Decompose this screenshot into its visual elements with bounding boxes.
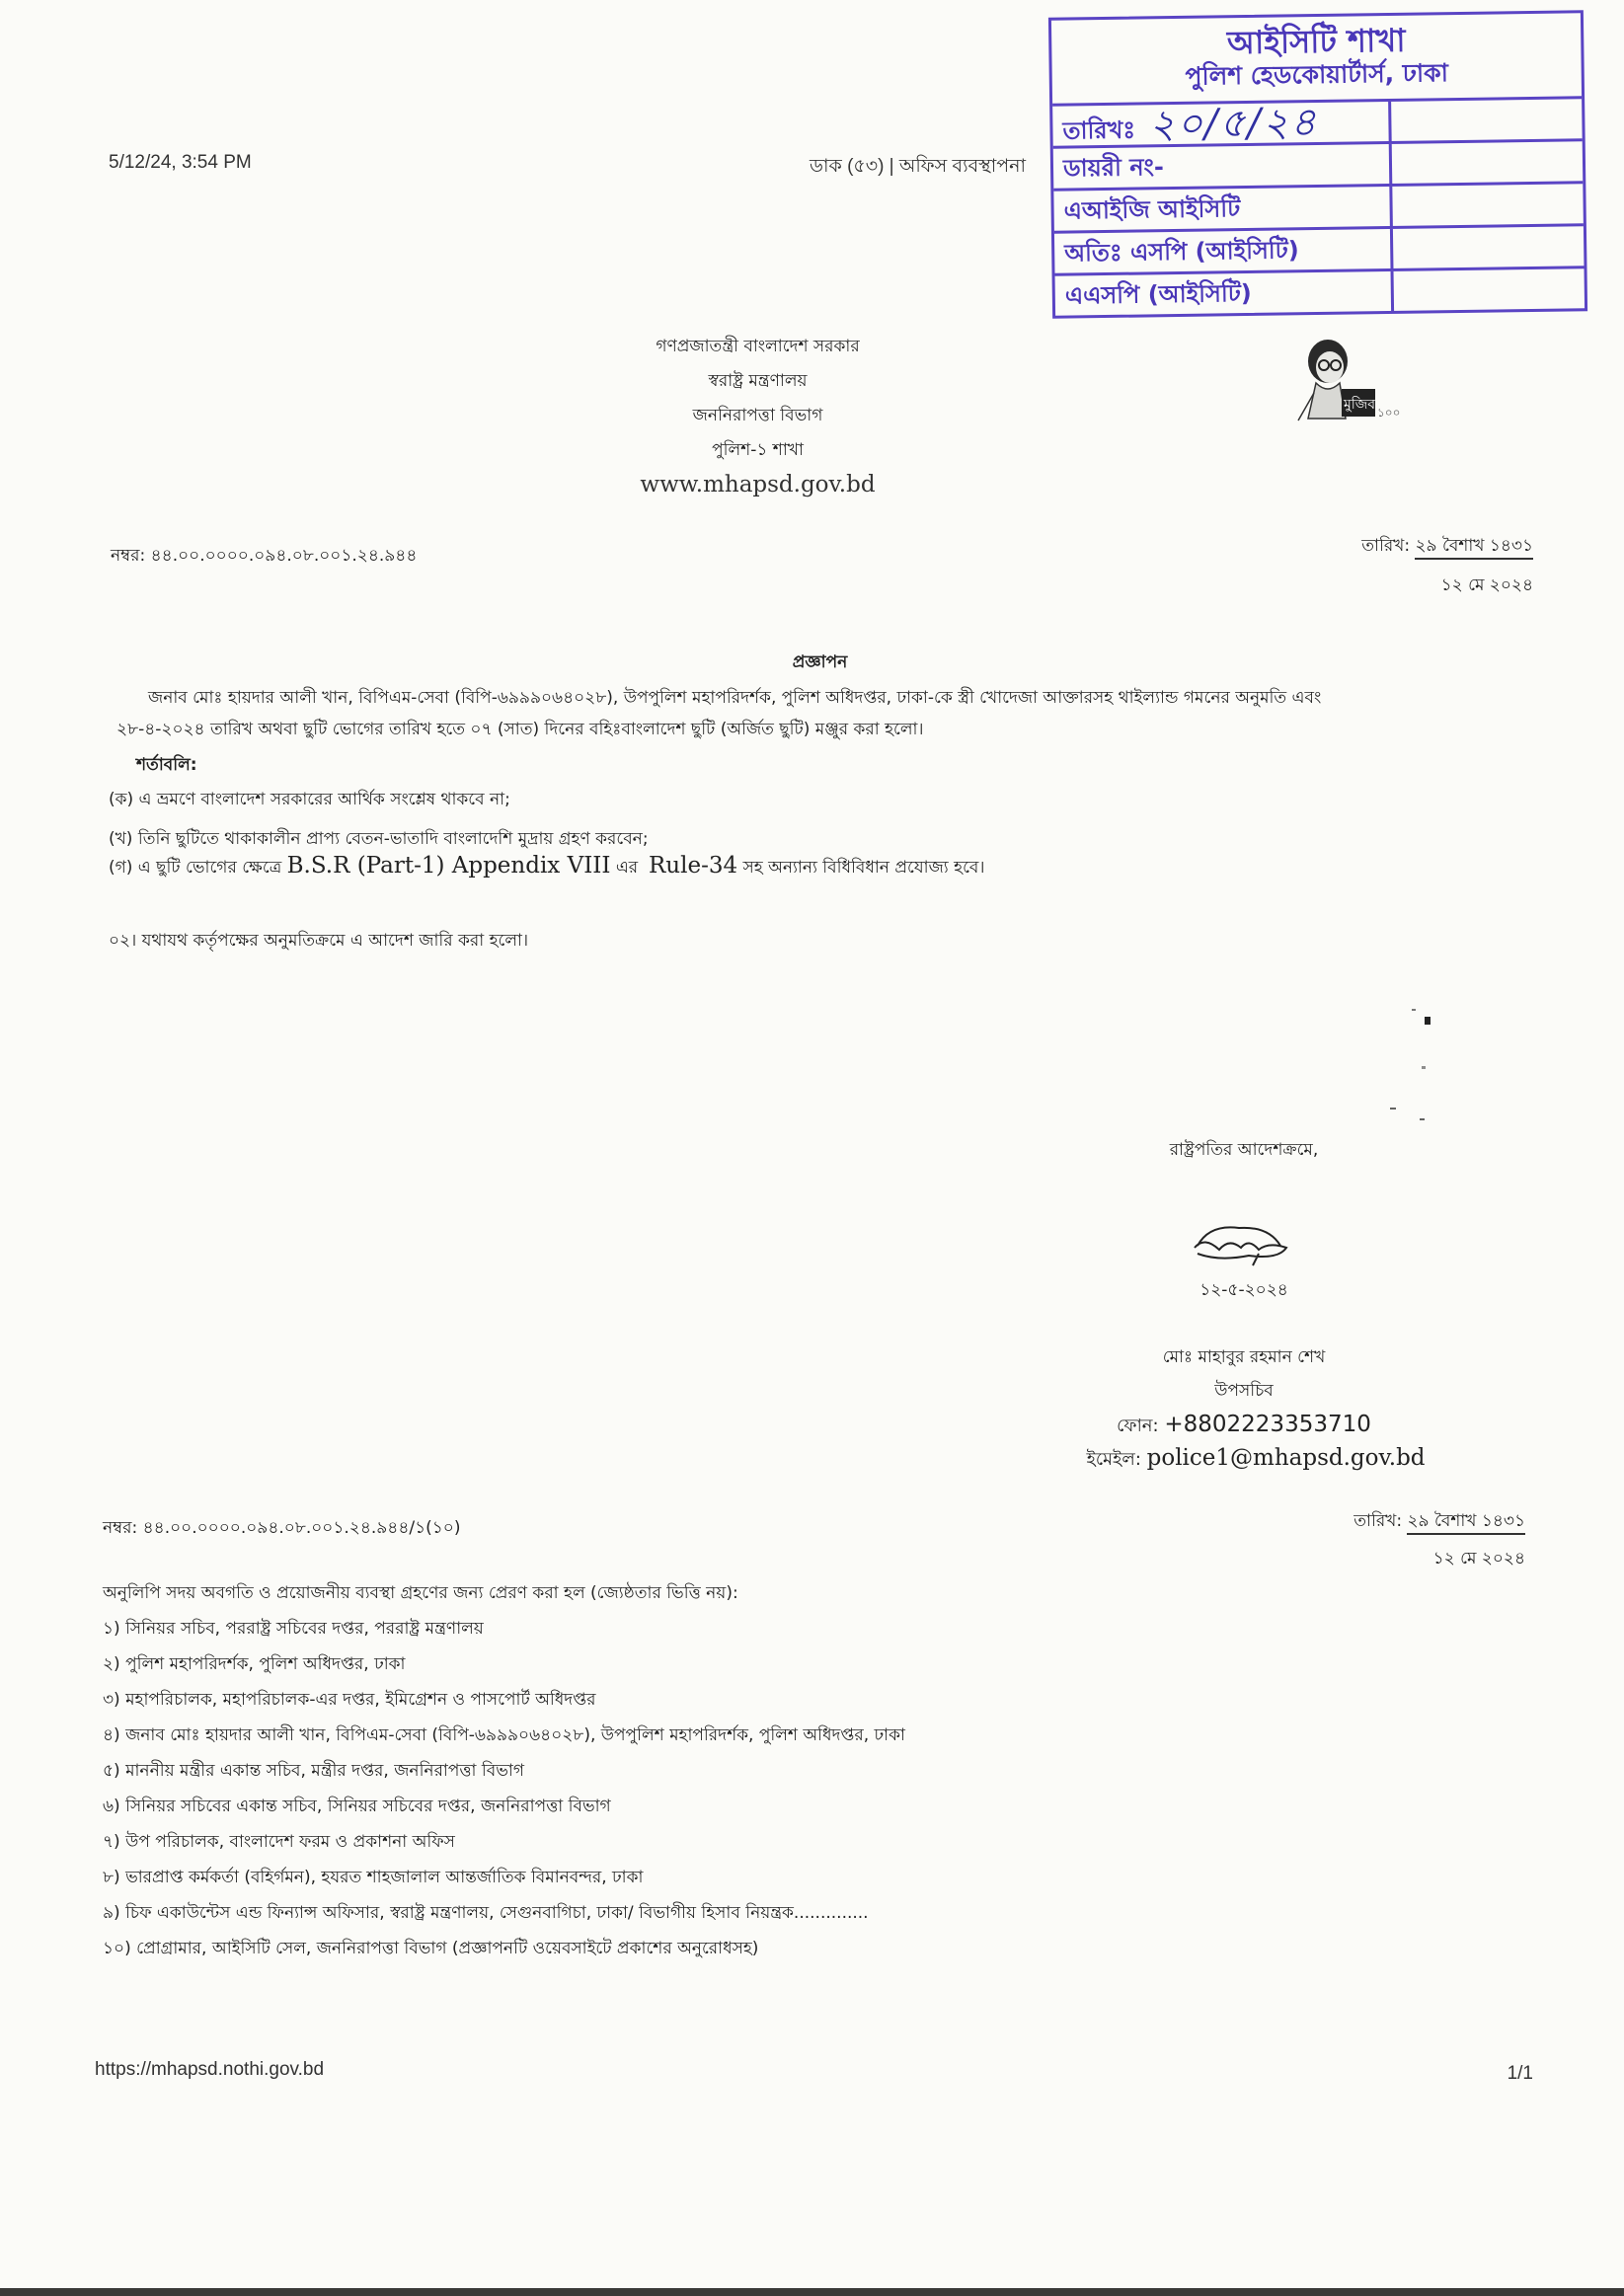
copy-list-item: ৮) ভারপ্রাপ্ত কর্মকর্তা (বহির্গমন), হযরত…	[103, 1860, 905, 1895]
copy-date-bangla: ২৯ বৈশাখ ১৪৩১	[1407, 1511, 1525, 1535]
term-rule-bsr: B.S.R (Part-1) Appendix VIII	[287, 853, 611, 879]
copy-memo-date: তারিখ: ২৯ বৈশাখ ১৪৩১ ১২ মে ২০২৪	[1353, 1508, 1525, 1573]
copy-list-item: ১০) প্রোগ্রামার, আইসিটি সেল, জননিরাপত্তা…	[103, 1931, 905, 1966]
term-item-g: (গ) এ ছুটি ভোগের ক্ষেত্রে B.S.R (Part-1)…	[109, 853, 984, 882]
stamp-table: তারিখঃ২০/৫/২৪ ডায়রী নং- এআইজি আইসিটি অত…	[1052, 96, 1585, 315]
ict-branch-received-stamp: আইসিটি শাখা পুলিশ হেডকোয়ার্টার্স, ঢাকা …	[1048, 10, 1587, 319]
memo-date: তারিখ: ২৯ বৈশাখ ১৪৩১ ১২ মে ২০২৪	[1361, 533, 1533, 600]
copy-intro: অনুলিপি সদয় অবগতি ও প্রয়োজনীয় ব্যবস্থ…	[103, 1575, 905, 1611]
memo-number: নম্বর: ৪৪.০০.০০০০.০৯৪.০৮.০০১.২৪.৯৪৪	[111, 543, 417, 571]
term-item: (খ) তিনি ছুটিতে থাকাকালীন প্রাপ্য বেতন-ভ…	[109, 826, 649, 854]
print-page-count: 1/1	[1508, 2063, 1533, 2085]
signatory-name: মোঃ মাহাবুর রহমান শেখ	[1037, 1344, 1451, 1372]
copy-list-item: ৫) মাননীয় মন্ত্রীর একান্ত সচিব, মন্ত্রী…	[103, 1753, 905, 1789]
stamp-row-asp: এএসপি (আইসিটি)	[1055, 266, 1585, 315]
signatory-designation: উপসচিব	[1037, 1378, 1451, 1406]
copy-list-item: ৩) মহাপরিচালক, মহাপরিচালক-এর দপ্তর, ইমিগ…	[103, 1682, 905, 1718]
copy-list-item: ৯) চিফ একাউন্টেস এন্ড ফিন্যান্স অফিসার, …	[103, 1895, 905, 1931]
copy-date-gregorian: ১২ মে ২০২৪	[1353, 1546, 1525, 1573]
copy-list-item: ৪) জনাব মোঃ হায়দার আলী খান, বিপিএম-সেবা…	[103, 1718, 905, 1753]
letterhead-branch: পুলিশ-১ শাখা	[0, 433, 1570, 468]
scan-edge	[0, 2288, 1624, 2296]
signature-icon	[1190, 1216, 1298, 1274]
print-footer-url: https://mhapsd.nothi.gov.bd	[95, 2059, 324, 2081]
copy-list-item: ২) পুলিশ মহাপরিদর্শক, পুলিশ অধিদপ্তর, ঢা…	[103, 1646, 905, 1682]
stamp-diary-label: ডায়রী নং-	[1053, 144, 1393, 189]
copy-memo-number: নম্বর: ৪৪.০০.০০০০.০৯৪.০৮.০০১.২৪.৯৪৪/১(১০…	[103, 1515, 460, 1543]
print-page-title: ডাক (৫৩) | অফিস ব্যবস্থাপনা	[810, 152, 1026, 184]
order-text: রাষ্ট্রপতির আদেশক্রমে,	[1037, 1137, 1451, 1165]
memo-date-bangla: ২৯ বৈশাখ ১৪৩১	[1415, 536, 1533, 560]
stamp-row-date: তারিখঃ২০/৫/২৪	[1052, 96, 1583, 145]
stamp-asp-label: এএসপি (আইসিটি)	[1055, 271, 1395, 316]
copy-list-item: ৭) উপ পরিচালক, বাংলাদেশ ফরম ও প্রকাশনা অ…	[103, 1824, 905, 1860]
notification-body-line1: জনাব মোঃ হায়দার আলী খান, বিপিএম-সেবা (ব…	[148, 685, 1540, 713]
letterhead-website: www.mhapsd.gov.bd	[0, 468, 1570, 502]
stamp-addl-sp-label: অতিঃ এসপি (আইসিটি)	[1054, 229, 1394, 273]
stamp-aig-label: এআইজি আইসিটি	[1053, 187, 1393, 231]
stamp-subtitle: পুলিশ হেডকোয়ার্টার্স, ঢাকা	[1052, 56, 1582, 93]
svg-text:মুজিব: মুজিব	[1343, 396, 1375, 413]
notification-heading: প্রজ্ঞাপন	[8, 650, 1624, 677]
signatory-email: ইমেইল: police1@mhapsd.gov.bd	[1048, 1445, 1463, 1476]
notification-body-line2: ২৮-৪-২০২৪ তারিখ অথবা ছুটি ভোগের তারিখ হত…	[116, 717, 924, 744]
term-item: (ক) এ ভ্রমণে বাংলাদেশ সরকারের আর্থিক সংশ…	[109, 787, 649, 814]
stamp-handwritten-date: ২০/৫/২৪	[1149, 100, 1319, 147]
terms-heading: শর্তাবলি:	[136, 752, 197, 780]
memo-date-gregorian: ১২ মে ২০২৪	[1361, 573, 1533, 600]
paragraph-02: ০২। যথাযথ কর্তৃপক্ষের অনুমতিক্রমে এ আদেশ…	[109, 928, 528, 956]
copy-list-item: ৬) সিনিয়র সচিবের একান্ত সচিব, সিনিয়র স…	[103, 1789, 905, 1824]
copy-distribution-list: অনুলিপি সদয় অবগতি ও প্রয়োজনীয় ব্যবস্থ…	[103, 1575, 905, 1966]
memo-date-label: তারিখ:	[1361, 536, 1410, 556]
copy-list-item: ১) সিনিয়র সচিব, পররাষ্ট্র সচিবের দপ্তর,…	[103, 1611, 905, 1646]
stamp-row-aig: এআইজি আইসিটি	[1053, 181, 1584, 230]
mujib-100-logo-icon: মুজিব ১০০	[1288, 334, 1427, 424]
term-rule-34: Rule-34	[649, 853, 737, 879]
svg-text:১০০: ১০০	[1377, 406, 1400, 420]
stamp-row-addl-sp: অতিঃ এসপি (আইসিটি)	[1054, 223, 1585, 272]
stamp-date-label: তারিখঃ	[1062, 116, 1135, 145]
stamp-row-diary: ডায়রী নং-	[1053, 138, 1584, 188]
signatory-phone: ফোন: +8802223353710	[1037, 1412, 1451, 1442]
print-timestamp: 5/12/24, 3:54 PM	[109, 152, 252, 174]
signature-date: ১২-৫-২০২৪	[1037, 1277, 1451, 1305]
